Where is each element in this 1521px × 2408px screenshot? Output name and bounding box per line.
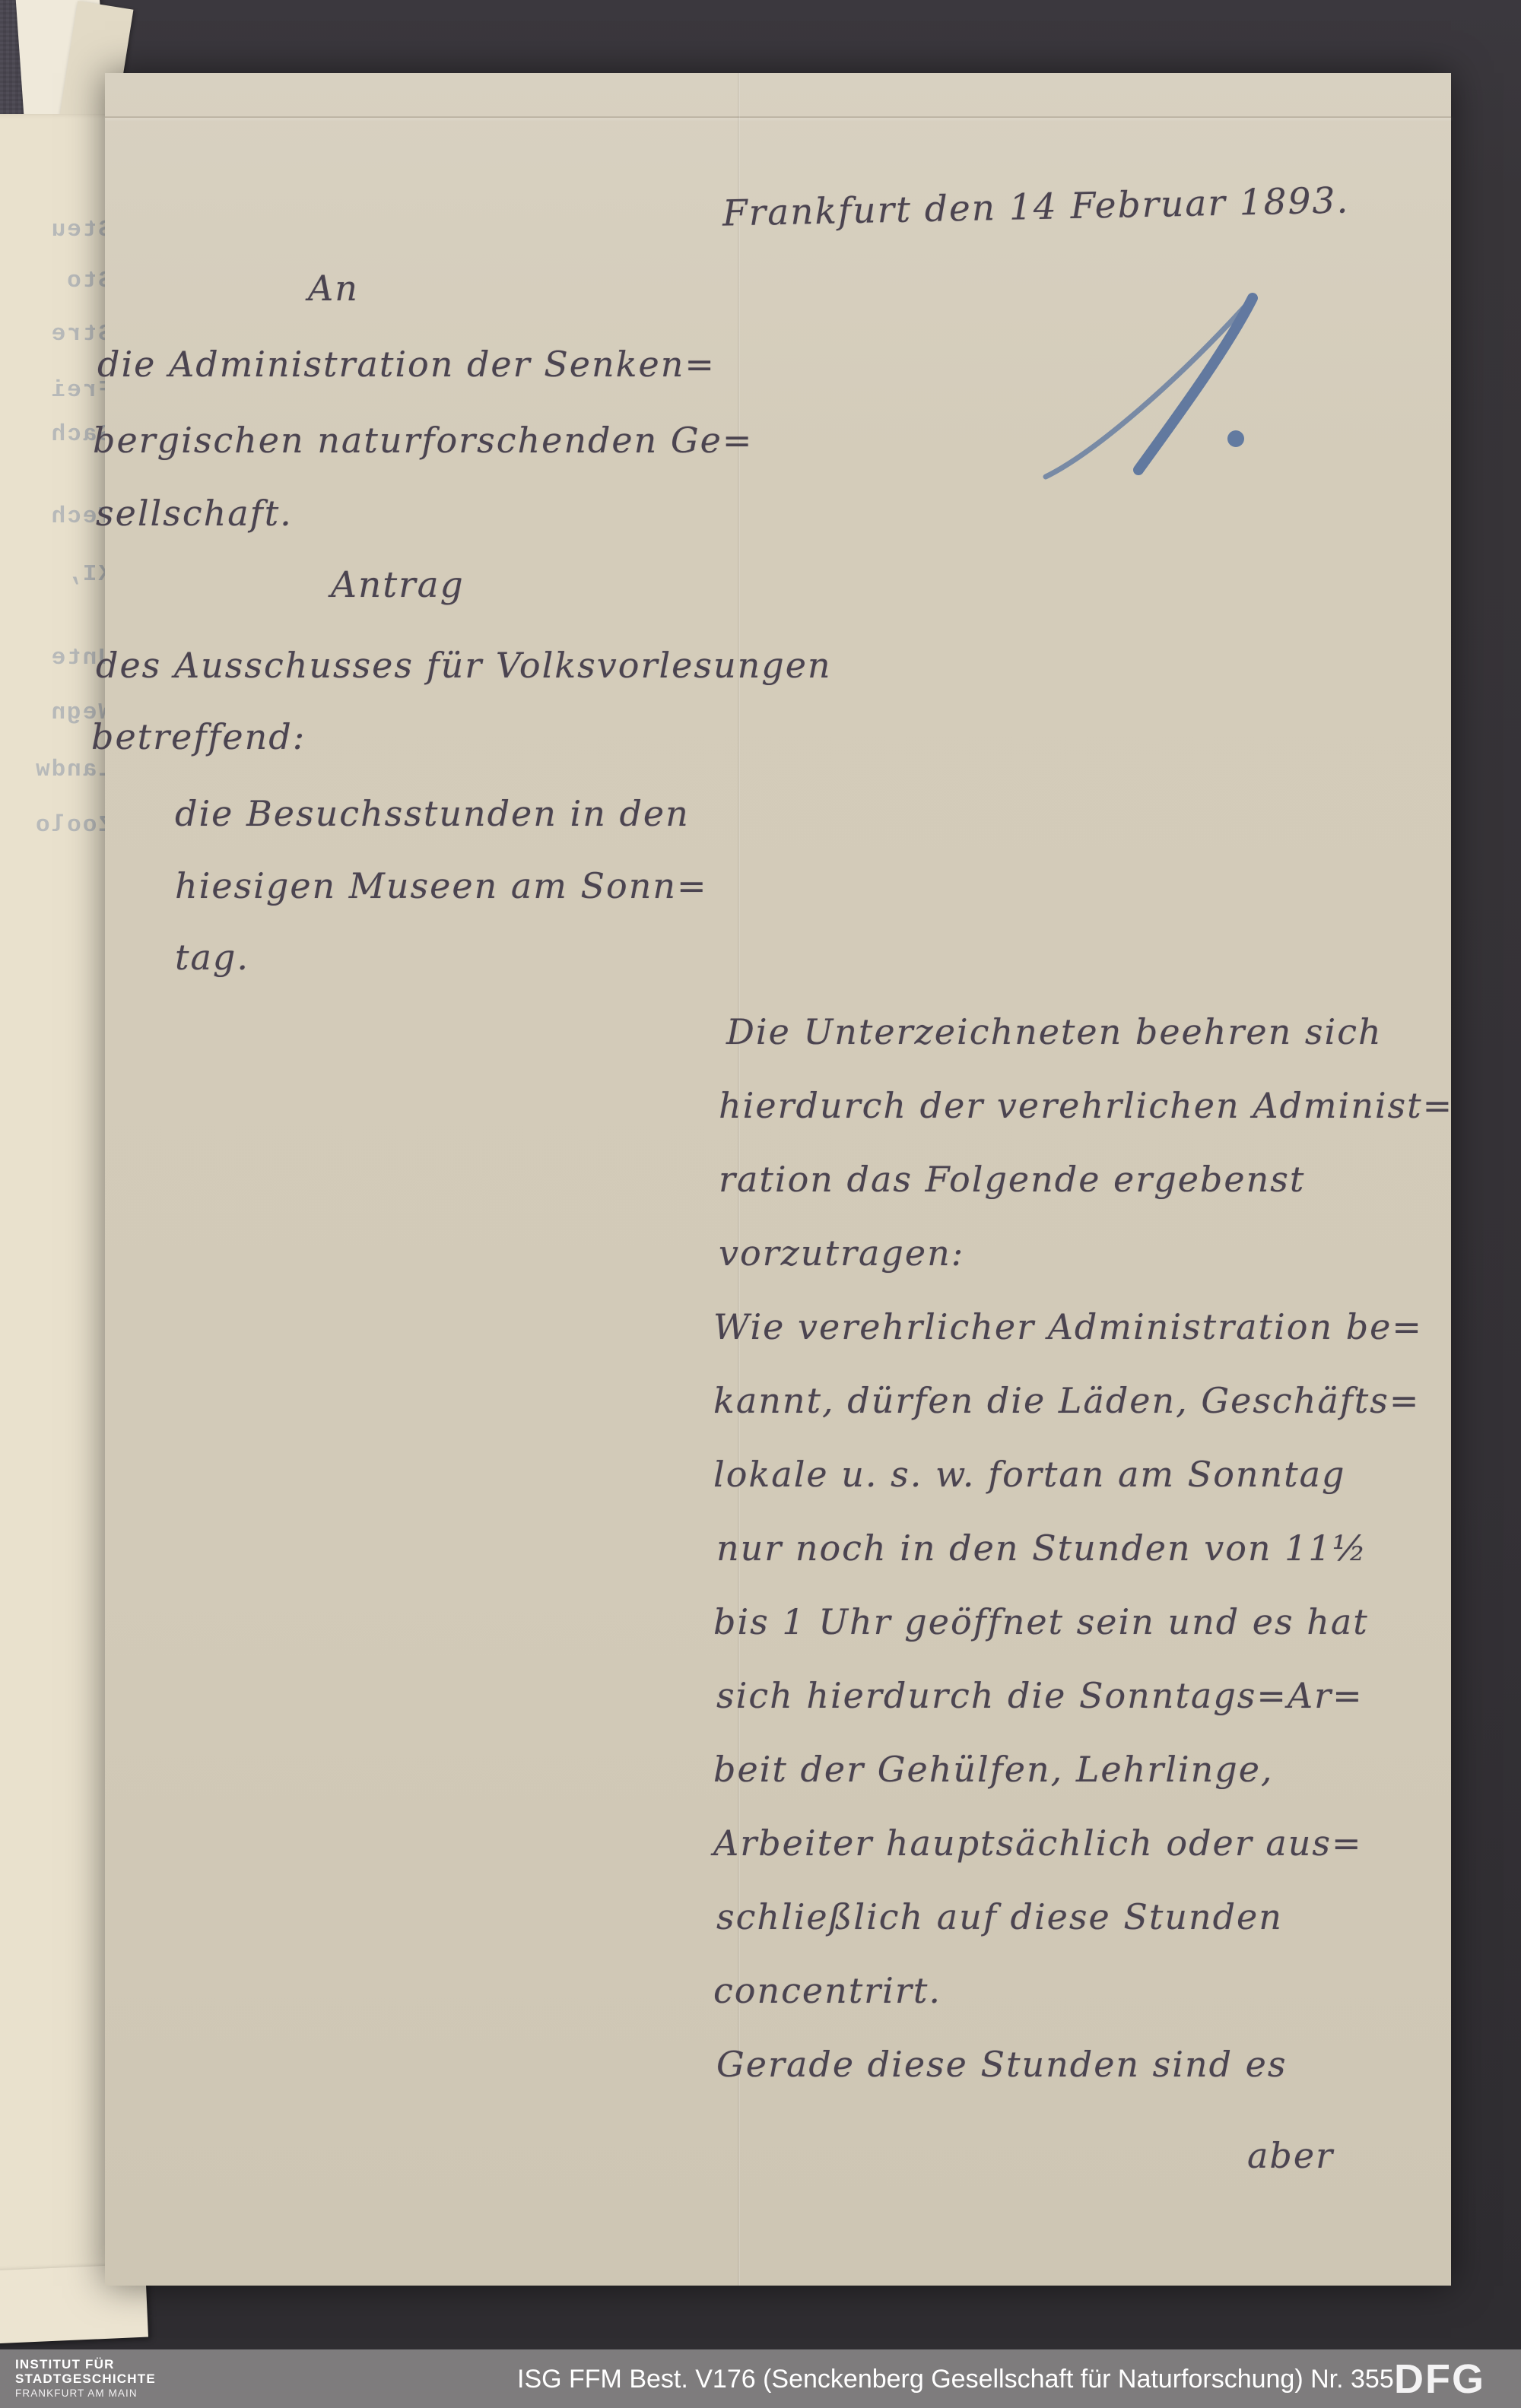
handwritten-line: concentrirt. [713,1970,941,2011]
handwritten-line: bis 1 Uhr geöffnet sein und es hat [713,1601,1369,1642]
handwritten-line: lokale u. s. w. fortan am Sonntag [713,1454,1346,1495]
handwritten-line: hierdurch der verehrlichen Administ= [719,1085,1453,1126]
handwritten-line: sich hierdurch die Sonntags=Ar= [716,1675,1364,1716]
handwritten-line: tag. [175,937,249,978]
handwritten-line: Arbeiter hauptsächlich oder aus= [713,1823,1363,1864]
handwritten-line: betreffend: [91,716,306,757]
handwritten-line: vorzutragen: [719,1233,964,1274]
handwritten-line: die Administration der Senken= [97,344,716,385]
handwritten-line: die Besuchsstunden in den [175,793,690,834]
handwritten-line: schließlich auf diese Stunden [716,1896,1283,1937]
handwritten-line: sellschaft. [96,493,293,534]
handwritten-line: bergischen naturforschenden Ge= [93,420,753,461]
handwritten-line: Gerade diese Stunden sind es [716,2044,1288,2085]
handwritten-line: Die Unterzeichneten beehren sich [726,1011,1383,1052]
institute-name-line: STADTGESCHICHTE [15,2372,156,2386]
handwritten-line: ration das Folgende ergebenst [719,1159,1305,1200]
archive-footer-bar: INSTITUT FÜR STADTGESCHICHTE FRANKFURT A… [0,2349,1521,2408]
dfg-logo: DFG [1394,2356,1485,2403]
bleed-through-text: Landw [8,757,113,783]
bleed-through-text: Sto [8,268,113,294]
bleed-through-text: Zoolo [8,812,113,839]
handwritten-line: beit der Gehülfen, Lehrlinge, [713,1749,1274,1790]
blue-pencil-number [1027,289,1270,494]
archival-scan-page: Steu Sto Stre Frei Sach Tech XI, Unte We… [0,0,1521,2408]
bleed-through-text: Steu [8,217,113,243]
handwritten-line: des Ausschusses für Volksvorlesungen [96,645,832,686]
handwritten-line: hiesigen Museen am Sonn= [175,865,708,906]
handwritten-line: Wie verehrlicher Administration be= [713,1306,1423,1347]
catchword: aber [1247,2135,1334,2176]
salutation: An [308,268,359,309]
letter-heading: Antrag [331,564,465,606]
bleed-through-text: XI, [8,561,113,588]
institute-name-line: INSTITUT FÜR [15,2357,156,2372]
handwritten-line: kannt, dürfen die Läden, Geschäfts= [713,1380,1420,1421]
institute-logo: INSTITUT FÜR STADTGESCHICHTE FRANKFURT A… [15,2357,156,2400]
archive-reference: ISG FFM Best. V176 (Senckenberg Gesellsc… [517,2365,1394,2394]
fold-crease-horizontal [105,116,1451,118]
institute-city-line: FRANKFURT AM MAIN [15,2386,156,2400]
handwritten-line: nur noch in den Stunden von 11½ [716,1528,1367,1569]
